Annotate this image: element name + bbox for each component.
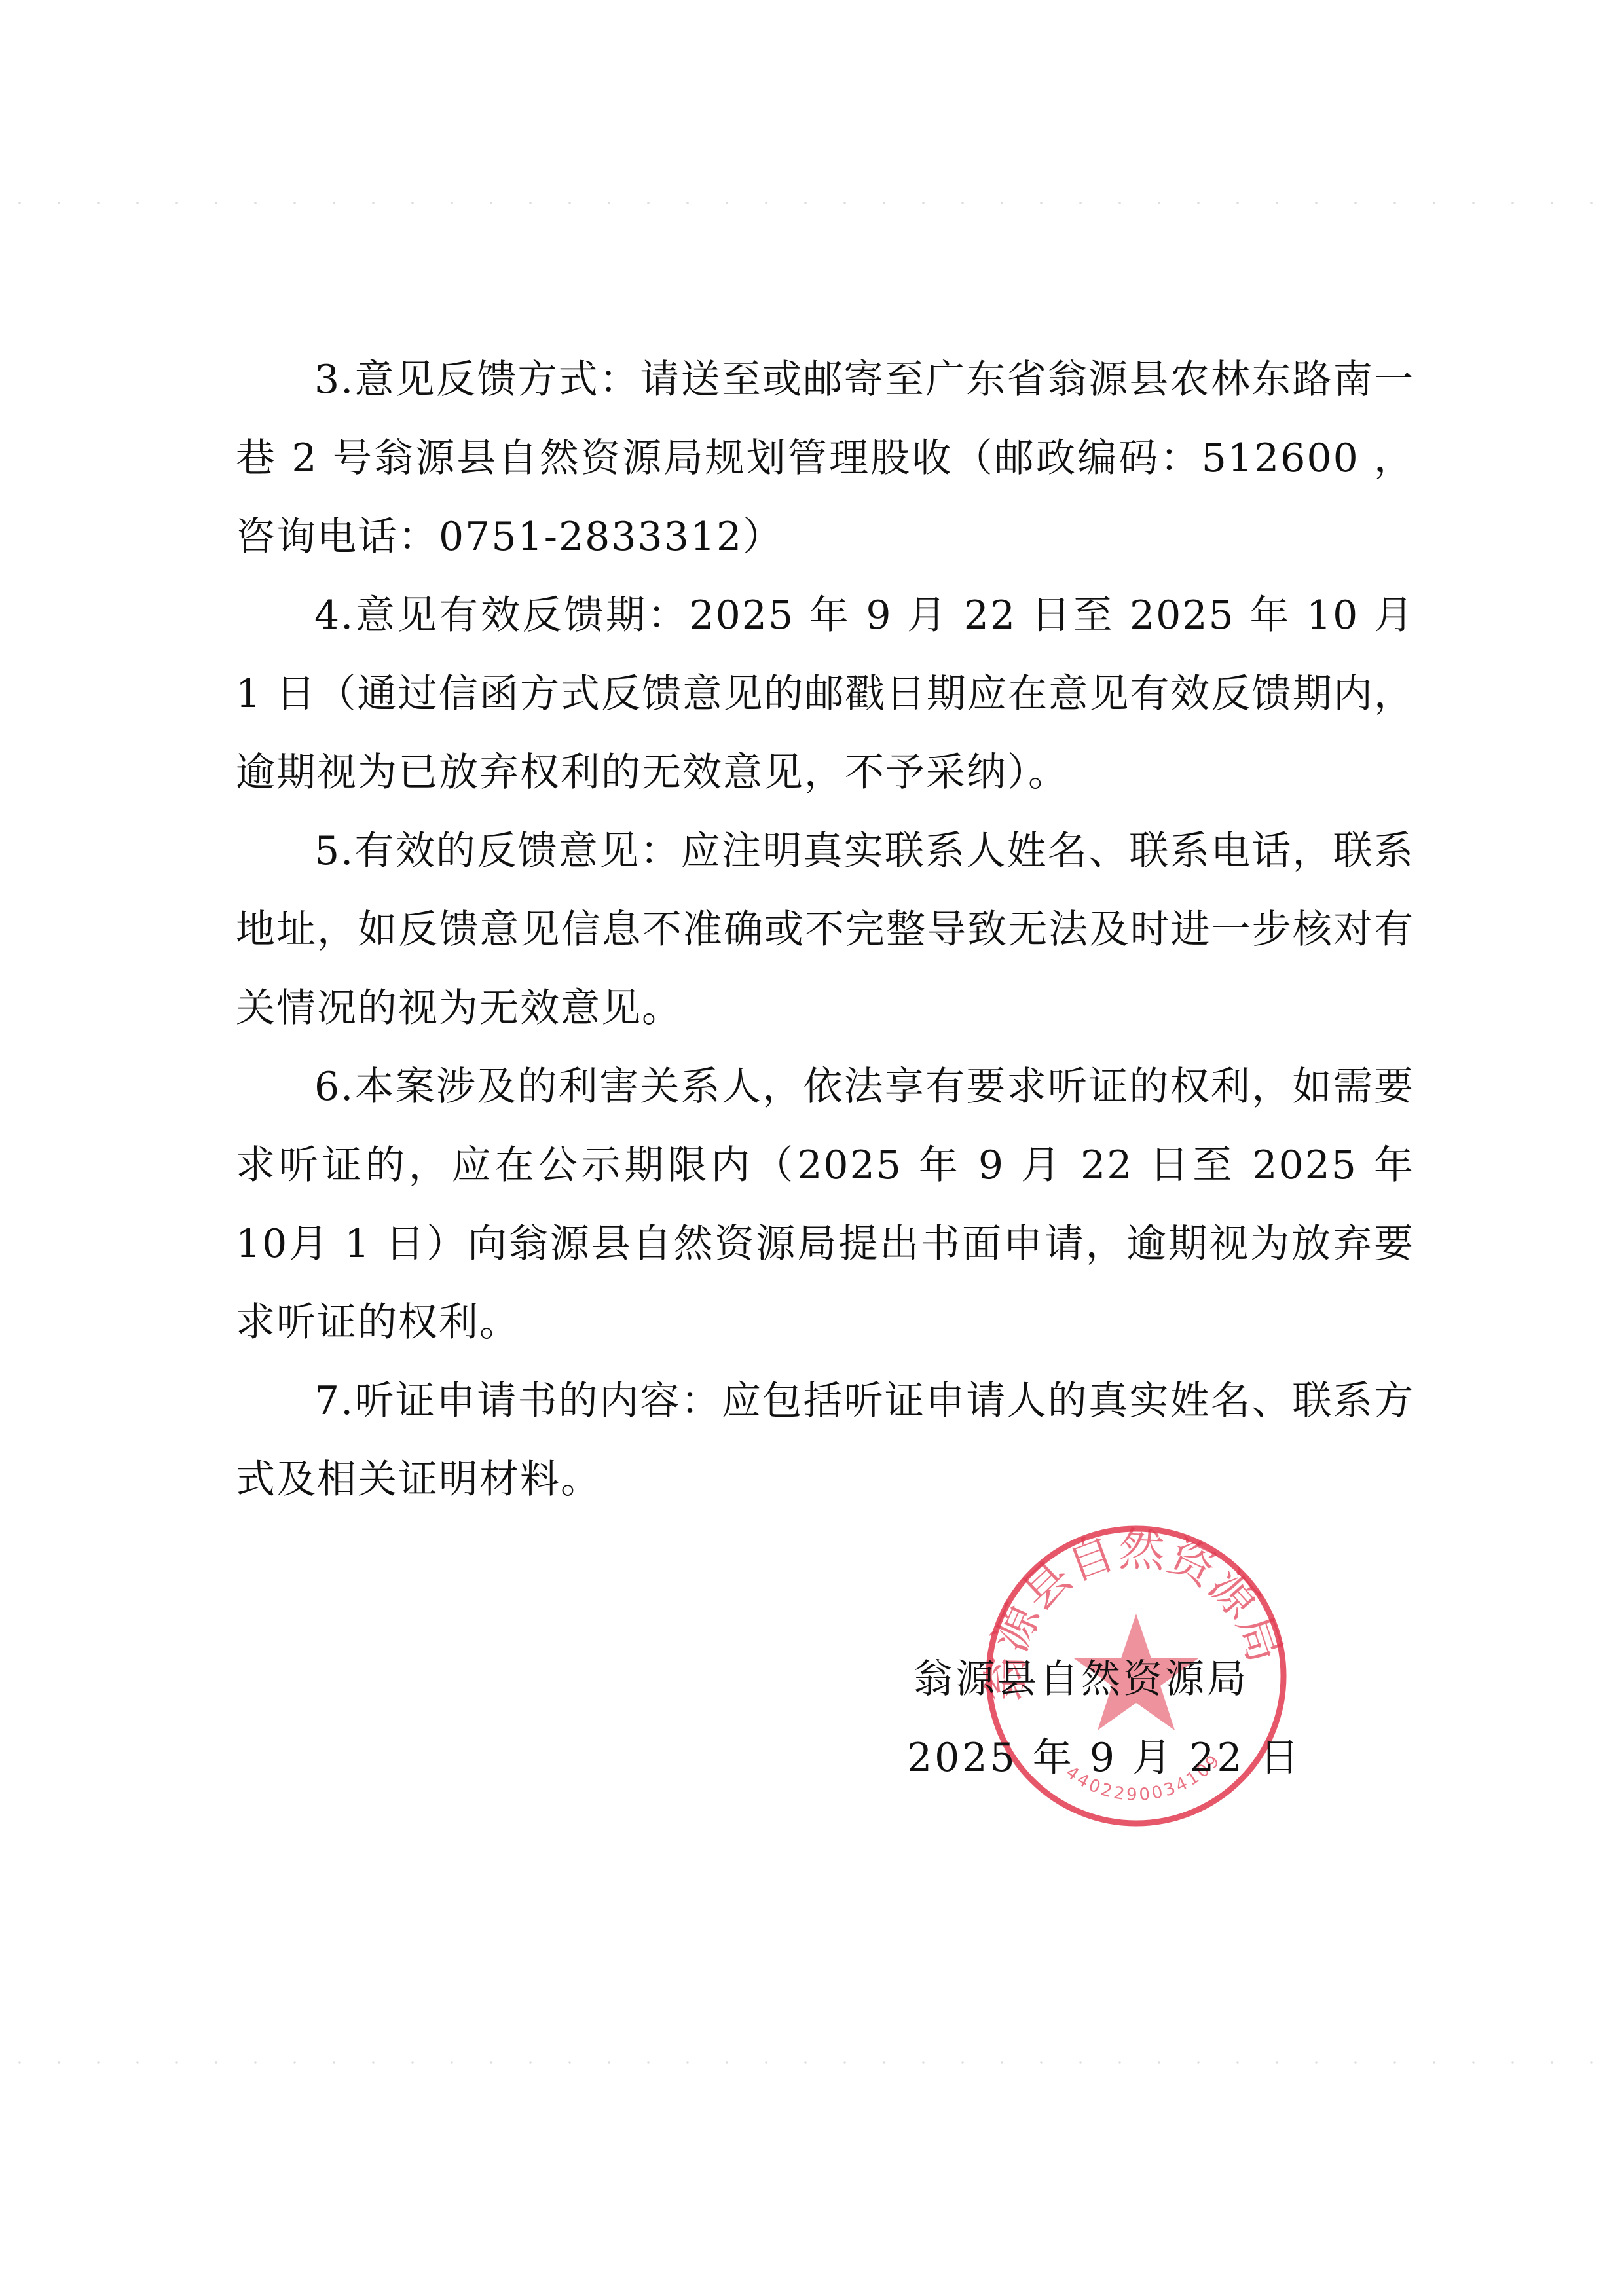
line: 7.听证申请书的内容：应包括听证申请人的真实姓名、联系 [314,1378,1374,1424]
line: 期视为已放弃权利的无效意见，不予采纳）。 [276,750,1069,795]
line: 听证的权利。 [276,1300,520,1345]
line: 3.意见反馈方式：请送至或邮寄至广东省翁源县农林东路南 [314,357,1374,403]
scan-artifact-top [0,196,1624,210]
line: 5.有效的反馈意见：应注明真实联系人姓名、联系电话，联 [314,828,1374,874]
paragraph-4: 4.意见有效反馈期：2025 年 9 月 22 日至 2025 年 10 月 1… [236,576,1414,812]
paragraph-7: 7.听证申请书的内容：应包括听证申请人的真实姓名、联系方式及相关证明材料。 [236,1362,1414,1519]
scan-artifact-bottom [0,2056,1624,2069]
line: 6.本案涉及的利害关系人，依法享有要求听证的权利，如需 [314,1064,1374,1110]
paragraph-6: 6.本案涉及的利害关系人，依法享有要求听证的权利，如需要求听证的，应在公示期限内… [236,1048,1414,1362]
signature-organization: 翁源县自然资源局 [913,1640,1302,1719]
signature-date: 2025 年 9 月 22 日 [907,1719,1302,1797]
document-body: 3.意见反馈方式：请送至或邮寄至广东省翁源县农林东路南一巷 2 号翁源县自然资源… [236,340,1414,1519]
paragraph-5: 5.有效的反馈意见：应注明真实联系人姓名、联系电话，联系地址，如反馈意见信息不准… [236,812,1414,1048]
line: 咨询电话：0751-2833312） [236,514,783,560]
paragraph-3: 3.意见反馈方式：请送至或邮寄至广东省翁源县农林东路南一巷 2 号翁源县自然资源… [236,340,1414,576]
signature-block: 翁源县自然资源局 2025 年 9 月 22 日 [913,1640,1302,1797]
